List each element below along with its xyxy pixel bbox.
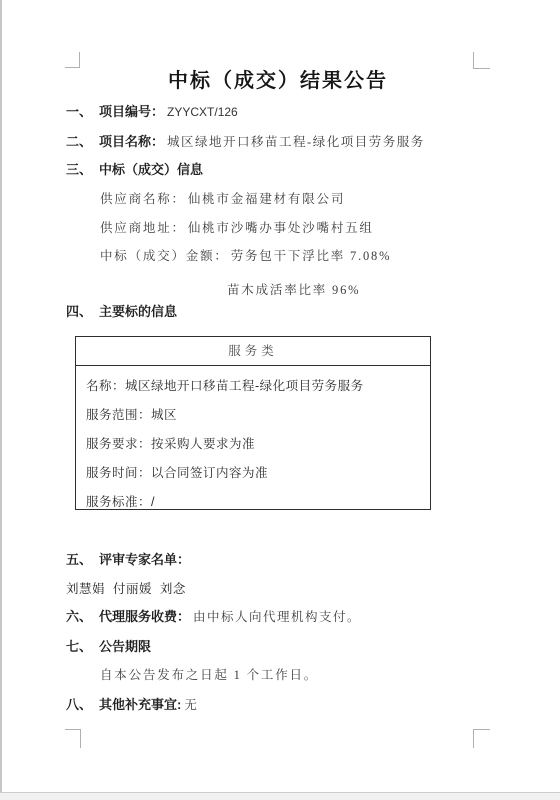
supplier-name-line: 供应商名称：仙桃市金福建材有限公司 bbox=[100, 189, 345, 207]
section-subject-info: 四、主要标的信息 bbox=[66, 301, 177, 320]
section-notice-period: 七、公告期限 bbox=[66, 636, 151, 655]
project-number-value: ZYYCXT/126 bbox=[167, 105, 238, 119]
field-label: 中标（成交）金额： bbox=[100, 249, 229, 263]
expert-names: 刘慧娟 付丽媛 刘念 bbox=[66, 579, 186, 597]
table-row: 服务标准：/ bbox=[86, 492, 420, 521]
table-header-service-category: 服务类 bbox=[76, 337, 430, 366]
agency-fee-value: 由中标人向代理机构支付。 bbox=[193, 610, 361, 624]
table-row: 服务要求：按采购人要求为准 bbox=[86, 434, 420, 463]
section-experts: 五、评审专家名单： bbox=[66, 549, 190, 568]
section-number: 二、 bbox=[66, 134, 92, 149]
section-number: 八、 bbox=[66, 697, 92, 712]
notice-period-text: 自本公告发布之日起 1 个工作日。 bbox=[100, 665, 318, 683]
section-label: 项目编号： bbox=[99, 104, 164, 119]
section-number: 六、 bbox=[66, 609, 92, 624]
section-agency-fee: 六、代理服务收费：由中标人向代理机构支付。 bbox=[66, 606, 361, 625]
supplier-address-value: 仙桃市沙嘴办事处沙嘴村五组 bbox=[188, 221, 374, 235]
table-row: 服务时间：以合同签订内容为准 bbox=[86, 463, 420, 492]
text-boundary-mark-bottom-right bbox=[473, 729, 490, 748]
supplier-address-line: 供应商地址：仙桃市沙嘴办事处沙嘴村五组 bbox=[100, 218, 374, 236]
section-label: 公告期限 bbox=[99, 639, 151, 654]
window-bottom-edge bbox=[0, 792, 560, 800]
section-project-name: 二、项目名称：城区绿地开口移苗工程-绿化项目劳务服务 bbox=[66, 131, 425, 150]
section-other-matters: 八、其他补充事宜:无 bbox=[66, 694, 198, 713]
section-label: 主要标的信息 bbox=[99, 304, 177, 319]
section-number: 三、 bbox=[66, 162, 92, 177]
section-number: 四、 bbox=[66, 304, 92, 319]
section-label: 其他补充事宜: bbox=[99, 697, 181, 712]
award-amount-line: 中标（成交）金额：劳务包干下浮比率 7.08% bbox=[100, 246, 391, 264]
section-number: 五、 bbox=[66, 552, 92, 567]
section-label: 中标（成交）信息 bbox=[99, 162, 203, 177]
project-name-value: 城区绿地开口移苗工程-绿化项目劳务服务 bbox=[167, 135, 425, 149]
section-number: 一、 bbox=[66, 104, 92, 119]
document-title: 中标（成交）结果公告 bbox=[66, 64, 490, 93]
document-page: 中标（成交）结果公告 一、项目编号：ZYYCXT/126 二、项目名称：城区绿地… bbox=[0, 0, 560, 800]
other-matters-value: 无 bbox=[184, 698, 198, 712]
field-label: 供应商名称： bbox=[100, 192, 186, 206]
section-award-info: 三、中标（成交）信息 bbox=[66, 159, 203, 178]
supplier-name-value: 仙桃市金福建材有限公司 bbox=[188, 192, 345, 206]
table-body: 名称：城区绿地开口移苗工程-绿化项目劳务服务 服务范围：城区 服务要求：按采购人… bbox=[76, 366, 430, 521]
table-row: 名称：城区绿地开口移苗工程-绿化项目劳务服务 bbox=[86, 376, 420, 405]
section-label: 项目名称： bbox=[99, 134, 164, 149]
section-number: 七、 bbox=[66, 639, 92, 654]
section-project-number: 一、项目编号：ZYYCXT/126 bbox=[66, 101, 238, 120]
text-boundary-mark-bottom-left bbox=[65, 729, 81, 748]
award-amount-extra-line: 苗木成活率比率 96% bbox=[227, 280, 360, 298]
award-amount-value: 劳务包干下浮比率 7.08% bbox=[231, 249, 392, 263]
window-left-edge bbox=[0, 0, 2, 800]
table-row: 服务范围：城区 bbox=[86, 405, 420, 434]
subject-info-table: 服务类 名称：城区绿地开口移苗工程-绿化项目劳务服务 服务范围：城区 服务要求：… bbox=[75, 336, 431, 510]
section-label: 评审专家名单： bbox=[99, 552, 190, 567]
section-label: 代理服务收费： bbox=[99, 609, 190, 624]
field-label: 供应商地址： bbox=[100, 221, 186, 235]
